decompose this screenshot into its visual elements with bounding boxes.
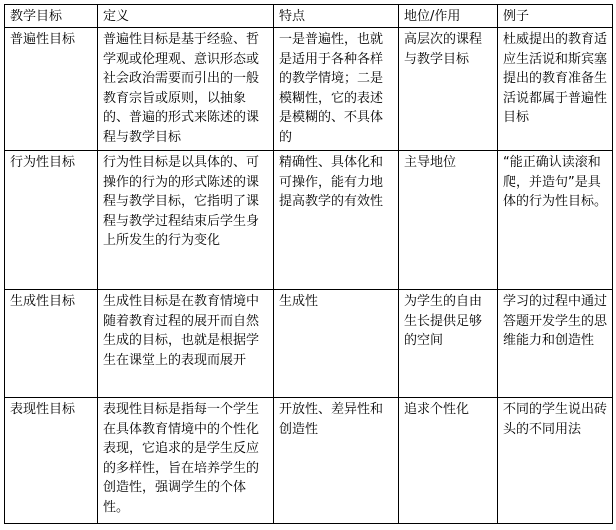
cell-features: 开放性、差异性和创造性 xyxy=(274,398,399,524)
header-role: 地位/作用 xyxy=(399,5,498,28)
cell-definition: 生成性目标是在教育情境中随着教育过程的展开而自然生成的目标，也就是根据学生在课堂… xyxy=(98,290,274,398)
cell-features: 一是普遍性，也就是适用于各种各样的教学情境；二是模糊性，它的表述是模糊的、不具体… xyxy=(274,28,399,151)
table-header-row: 教学目标 定义 特点 地位/作用 例子 xyxy=(5,5,613,28)
header-goal: 教学目标 xyxy=(5,5,98,28)
cell-example: 杜威提出的教育适应生活说和斯宾塞提出的教育准备生活说都属于普遍性目标 xyxy=(498,28,613,151)
cell-example: 不同的学生说出砖头的不同用法 xyxy=(498,398,613,524)
teaching-goals-table: 教学目标 定义 特点 地位/作用 例子 普遍性目标 普遍性目标是基于经验、哲学观… xyxy=(4,4,613,524)
header-features: 特点 xyxy=(274,5,399,28)
cell-role: 高层次的课程与教学目标 xyxy=(399,28,498,151)
cell-definition: 表现性目标是指每一个学生在具体教育情境中的个性化表现，它追求的是学生反应的多样性… xyxy=(98,398,274,524)
table-row: 普遍性目标 普遍性目标是基于经验、哲学观或伦理观、意识形态或社会政治需要而引出的… xyxy=(5,28,613,151)
cell-definition: 普遍性目标是基于经验、哲学观或伦理观、意识形态或社会政治需要而引出的一般教育宗旨… xyxy=(98,28,274,151)
cell-role: 追求个性化 xyxy=(399,398,498,524)
cell-goal: 生成性目标 xyxy=(5,290,98,398)
cell-features: 生成性 xyxy=(274,290,399,398)
cell-example: “能正确认读滚和爬，并造句”是具体的行为性目标。 xyxy=(498,151,613,290)
cell-features: 精确性、具体化和可操作，能有力地提高教学的有效性 xyxy=(274,151,399,290)
header-definition: 定义 xyxy=(98,5,274,28)
cell-role: 主导地位 xyxy=(399,151,498,290)
header-example: 例子 xyxy=(498,5,613,28)
cell-example: 学习的过程中通过答题开发学生的思维能力和创造性 xyxy=(498,290,613,398)
table-row: 生成性目标 生成性目标是在教育情境中随着教育过程的展开而自然生成的目标，也就是根… xyxy=(5,290,613,398)
cell-goal: 行为性目标 xyxy=(5,151,98,290)
table-row: 行为性目标 行为性目标是以具体的、可操作的行为的形式陈述的课程与教学目标，它指明… xyxy=(5,151,613,290)
table-row: 表现性目标 表现性目标是指每一个学生在具体教育情境中的个性化表现，它追求的是学生… xyxy=(5,398,613,524)
cell-definition: 行为性目标是以具体的、可操作的行为的形式陈述的课程与教学目标，它指明了课程与教学… xyxy=(98,151,274,290)
cell-goal: 表现性目标 xyxy=(5,398,98,524)
cell-goal: 普遍性目标 xyxy=(5,28,98,151)
cell-role: 为学生的自由生长提供足够的空间 xyxy=(399,290,498,398)
